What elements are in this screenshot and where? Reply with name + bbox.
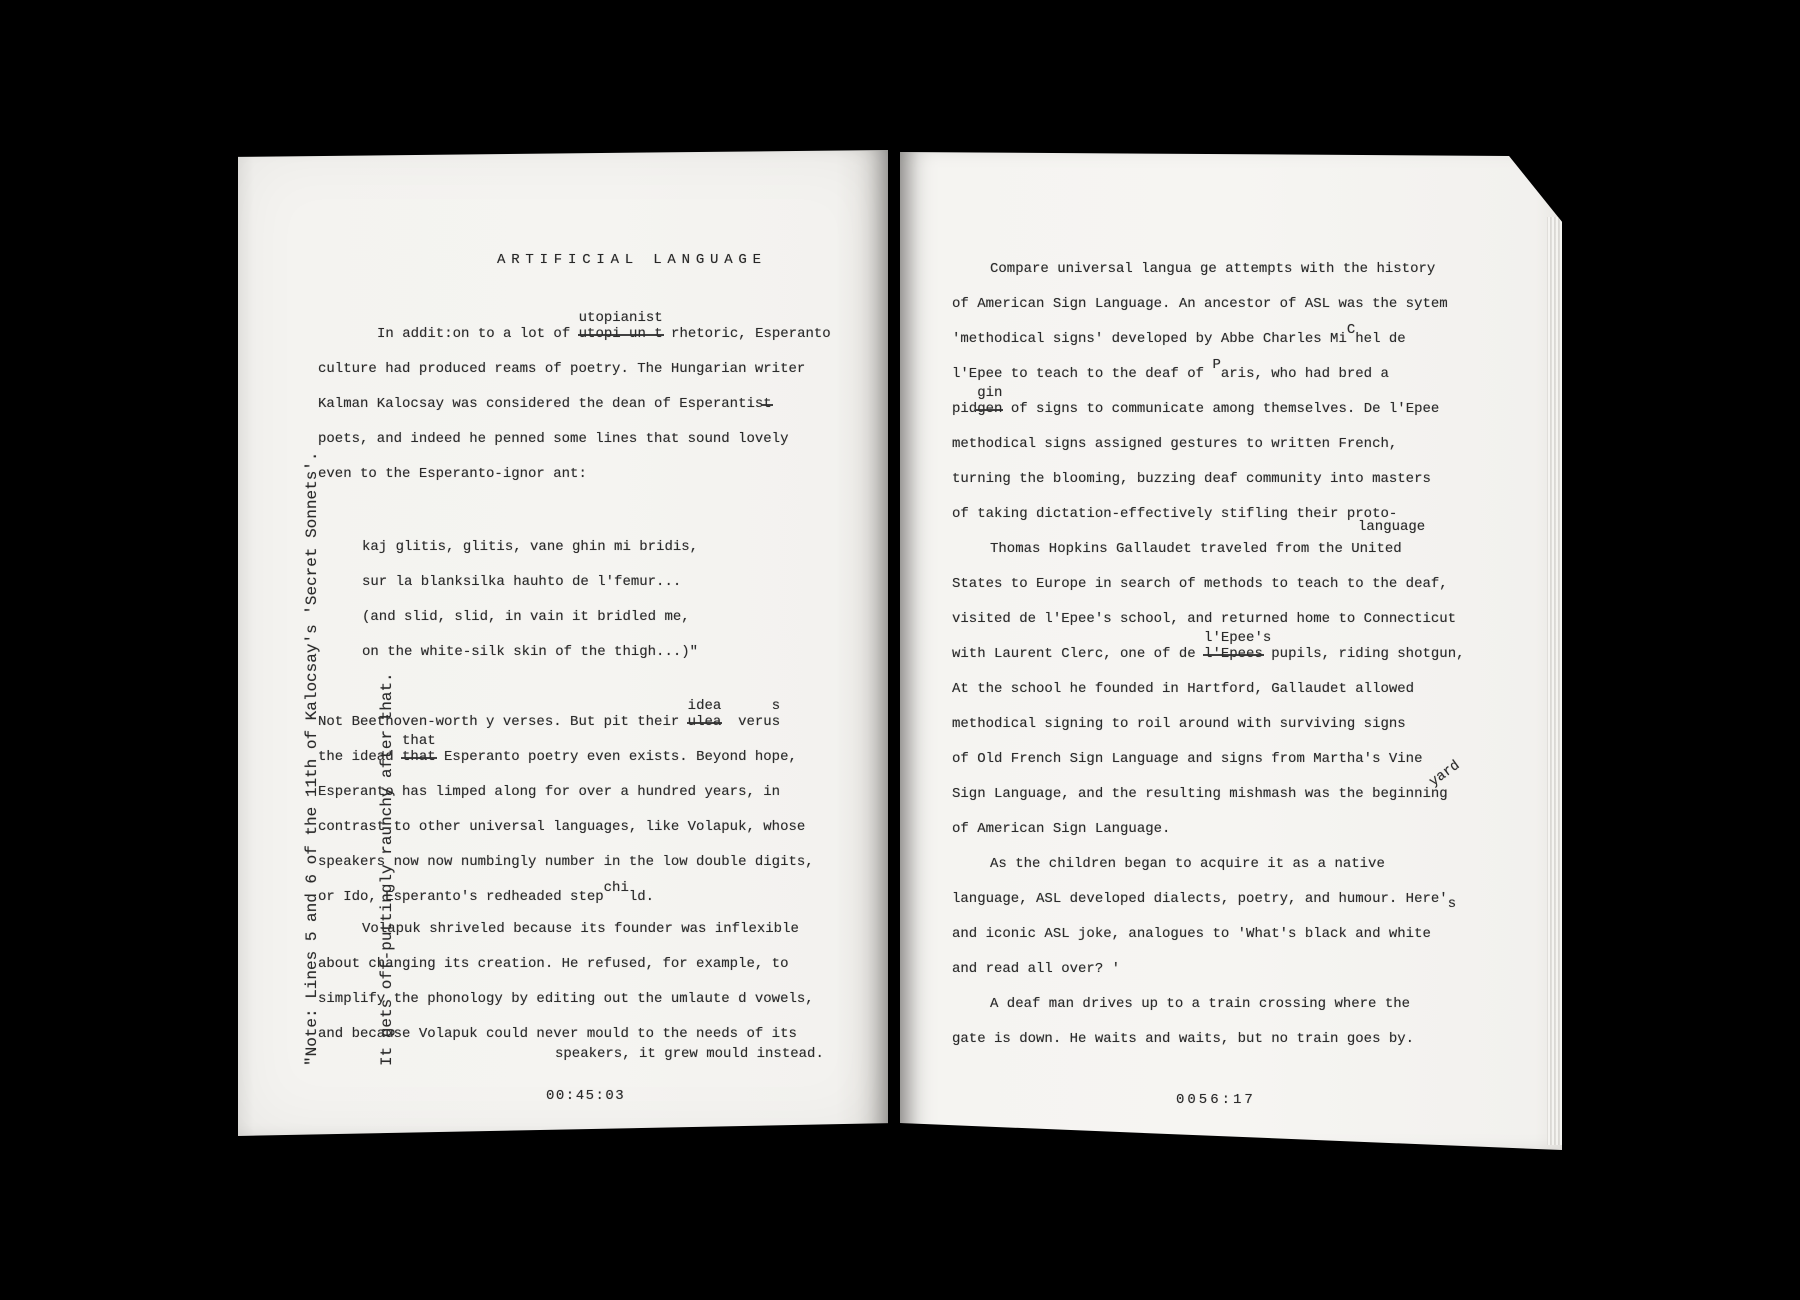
text-segment: visited de l'Epee's school, and returned… <box>952 612 1456 627</box>
text-segment: kaj glitis, glitis, vane ghin mi bridis, <box>362 540 698 555</box>
text-segment: 'methodical signs' developed by Abbe Cha… <box>952 332 1347 347</box>
text-line: speakers, it grew mould instead. <box>555 1047 824 1062</box>
text-segment: l'Epee to teach to the deaf of <box>952 367 1212 382</box>
text-line: methodical signs assigned gestures to wr… <box>952 437 1397 452</box>
text-segment: speakers, it grew mould instead. <box>555 1047 824 1062</box>
text-segment: of signs to communicate among themselves… <box>1002 402 1439 417</box>
text-line: and read all over? ' <box>952 962 1120 977</box>
right-page-timecode: 0056:17 <box>1176 1092 1256 1108</box>
struck-text: utopi un tutopianist <box>579 327 663 342</box>
text-segment: of American Sign Language. An ancestor o… <box>952 297 1448 312</box>
text-segment: Thomas Hopkins Gallaudet traveled from t… <box>990 542 1402 557</box>
text-line: of American Sign Language. An ancestor o… <box>952 297 1448 312</box>
text-line: even to the Esperanto-ignor ant: <box>318 467 587 482</box>
typed-correction: idea <box>688 699 722 714</box>
text-line: Not Beethoven-worth y verses. But pit th… <box>318 715 780 730</box>
text-segment: (and slid, slid, in vain it bridled me, <box>362 610 690 625</box>
text-segment: language, ASL developed dialects, poetry… <box>952 892 1448 907</box>
text-line: and iconic ASL joke, analogues to 'What'… <box>952 927 1431 942</box>
text-segment: or Ido, Esperanto's redheaded step <box>318 890 604 905</box>
text-line: Kalman Kalocsay was considered the dean … <box>318 397 772 412</box>
text-segment: with Laurent Clerc, one of de <box>952 647 1204 662</box>
text-line: simplify the phonology by editing out th… <box>318 992 814 1007</box>
text-segment: and iconic ASL joke, analogues to 'What'… <box>952 927 1431 942</box>
inserted-word: language <box>1358 519 1425 535</box>
text-line: contrast to other universal languages, l… <box>318 820 805 835</box>
text-line: with Laurent Clerc, one of de l'Epeesl'E… <box>952 647 1465 662</box>
book-photo-canvas: ARTIFICIAL LANGUAGE "Note: Lines 5 and 6… <box>0 0 1800 1300</box>
text-line: of Old French Sign Language and signs fr… <box>952 752 1422 767</box>
text-segment: Esperanto poetry even exists. Beyond hop… <box>436 750 797 765</box>
text-line: of American Sign Language. <box>952 822 1170 837</box>
text-segment: the idead <box>318 750 402 765</box>
text-segment: about changing its creation. He refused,… <box>318 957 788 972</box>
text-segment: and because Volapuk could never mould to… <box>318 1027 797 1042</box>
text-segment: sur la blanksilka hauhto de l'femur... <box>362 575 681 590</box>
text-segment: of American Sign Language. <box>952 822 1170 837</box>
typed-correction: s <box>772 699 780 714</box>
text-segment: rhetoric, Esperanto <box>663 327 831 342</box>
text-line: As the children began to acquire it as a… <box>990 857 1385 872</box>
struck-text: thatthat <box>402 750 436 765</box>
text-line: or Ido, Esperanto's redheaded stepchild. <box>318 890 654 905</box>
text-line: l'Epee to teach to the deaf of Paris, wh… <box>952 367 1389 382</box>
text-segment: aris, who had bred a <box>1221 367 1389 382</box>
text-segment: Kalman Kalocsay was considered the dean … <box>318 397 763 412</box>
text-segment: contrast to other universal languages, l… <box>318 820 805 835</box>
text-segment: culture had produced reams of poetry. Th… <box>318 362 805 377</box>
text-line: methodical signing to roil around with s… <box>952 717 1406 732</box>
text-line: Thomas Hopkins Gallaudet traveled from t… <box>990 542 1402 557</box>
text-line: the idead thatthat Esperanto poetry even… <box>318 750 797 765</box>
text-segment: and read all over? ' <box>952 962 1120 977</box>
text-line: pidgengin of signs to communicate among … <box>952 402 1439 417</box>
text-line: Compare universal langua ge attempts wit… <box>990 262 1435 277</box>
text-segment: veru <box>721 715 771 730</box>
text-line: Volapuk shriveled because its founder wa… <box>362 922 799 937</box>
text-segment: speakers now now numbingly number in the… <box>318 855 814 870</box>
typed-correction: utopianist <box>579 311 663 326</box>
page-title: ARTIFICIAL LANGUAGE <box>497 252 767 268</box>
text-segment: gate is down. He waits and waits, but no… <box>952 1032 1414 1047</box>
text-segment: C <box>1347 323 1355 338</box>
text-line: language, ASL developed dialects, poetry… <box>952 892 1456 907</box>
text-line: poets, and indeed he penned some lines t… <box>318 432 788 447</box>
text-line: about changing its creation. He refused,… <box>318 957 788 972</box>
text-line: culture had produced reams of poetry. Th… <box>318 362 805 377</box>
struck-text: gengin <box>977 402 1002 417</box>
struck-text: l'Epeesl'Epee's <box>1204 647 1263 662</box>
typed-correction: that <box>402 734 436 749</box>
left-page-timecode: 00:45:03 <box>546 1088 625 1104</box>
text-segment: At the school he founded in Hartford, Ga… <box>952 682 1414 697</box>
text-segment: In addit:on to a lot of <box>377 327 579 342</box>
text-segment: Volapuk shriveled because its founder wa… <box>362 922 799 937</box>
text-line: visited de l'Epee's school, and returned… <box>952 612 1456 627</box>
text-line: gate is down. He waits and waits, but no… <box>952 1032 1414 1047</box>
text-line: 'methodical signs' developed by Abbe Cha… <box>952 332 1406 347</box>
text-line: Esperanto has limped along for over a hu… <box>318 785 780 800</box>
text-line: In addit:on to a lot of utopi un tutopia… <box>377 327 831 342</box>
text-segment: simplify the phonology by editing out th… <box>318 992 814 1007</box>
text-segment: pid <box>952 402 977 417</box>
text-segment: Sign Language, and the resulting mishmas… <box>952 787 1448 802</box>
text-segment: A deaf man drives up to a train crossing… <box>990 997 1410 1012</box>
text-segment: of taking dictation-effectively stifling… <box>952 507 1397 522</box>
text-line: sur la blanksilka hauhto de l'femur... <box>362 575 681 590</box>
text-segment: As the children began to acquire it as a… <box>990 857 1385 872</box>
text-segment: turning the blooming, buzzing deaf commu… <box>952 472 1431 487</box>
text-segment: Not Beethoven-worth y verses. But pit th… <box>318 715 688 730</box>
text-line: At the school he founded in Hartford, Ga… <box>952 682 1414 697</box>
text-line: of taking dictation-effectively stifling… <box>952 507 1397 522</box>
struck-text: uleaidea <box>688 715 722 730</box>
struck-text: t <box>763 397 771 412</box>
text-segment: States to Europe in search of methods to… <box>952 577 1448 592</box>
text-segment: even to the Esperanto-ignor ant: <box>318 467 587 482</box>
typed-correction: l'Epee's <box>1204 631 1271 646</box>
text-segment: Esperanto has limped along for over a hu… <box>318 785 780 800</box>
text-segment: s <box>1448 897 1456 912</box>
text-segment: ld. <box>629 890 654 905</box>
text-segment: P <box>1212 358 1220 373</box>
text-segment: pupils, riding shotgun, <box>1263 647 1465 662</box>
text-segment: methodical signing to roil around with s… <box>952 717 1406 732</box>
text-segment: on the white-silk skin of the thigh...)" <box>362 645 698 660</box>
text-segment: Compare universal langua ge attempts wit… <box>990 262 1435 277</box>
text-line: turning the blooming, buzzing deaf commu… <box>952 472 1431 487</box>
text-line: on the white-silk skin of the thigh...)" <box>362 645 698 660</box>
text-segment: methodical signs assigned gestures to wr… <box>952 437 1397 452</box>
text-segment: ss <box>772 715 780 730</box>
text-line: States to Europe in search of methods to… <box>952 577 1448 592</box>
text-line: Sign Language, and the resulting mishmas… <box>952 787 1448 802</box>
text-segment: of Old French Sign Language and signs fr… <box>952 752 1422 767</box>
text-segment: chi <box>604 881 629 896</box>
text-line: (and slid, slid, in vain it bridled me, <box>362 610 690 625</box>
text-segment: poets, and indeed he penned some lines t… <box>318 432 788 447</box>
text-layer: ARTIFICIAL LANGUAGE "Note: Lines 5 and 6… <box>0 0 1800 1300</box>
text-line: A deaf man drives up to a train crossing… <box>990 997 1410 1012</box>
typed-correction: gin <box>977 386 1002 401</box>
text-segment: hel de <box>1355 332 1405 347</box>
text-line: speakers now now numbingly number in the… <box>318 855 814 870</box>
text-line: kaj glitis, glitis, vane ghin mi bridis, <box>362 540 698 555</box>
text-line: and because Volapuk could never mould to… <box>318 1027 797 1042</box>
